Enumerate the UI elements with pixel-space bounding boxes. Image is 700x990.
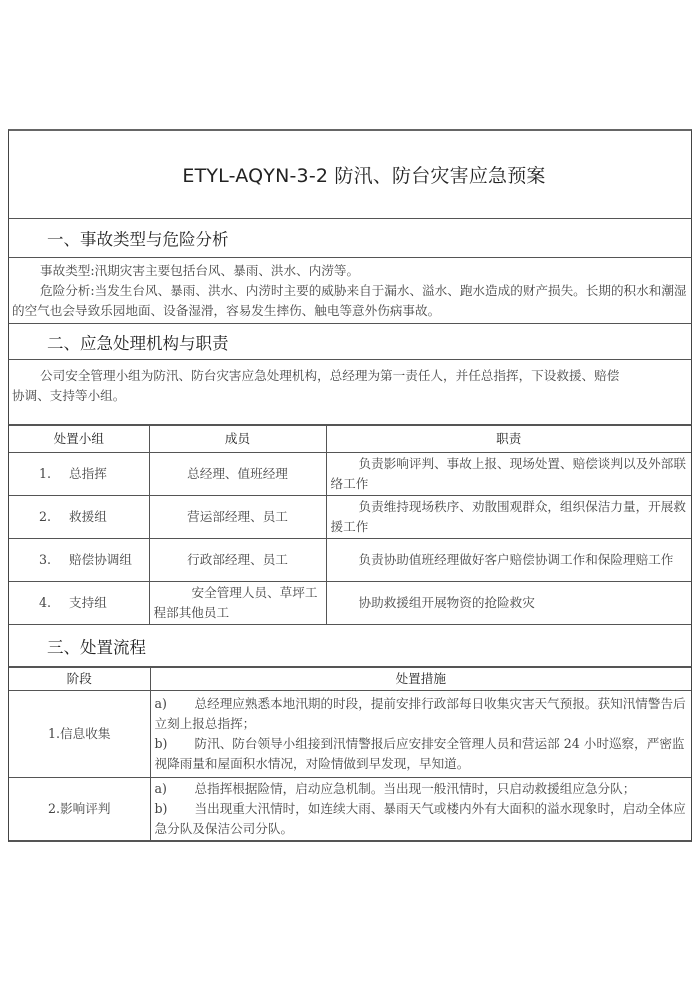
members-cell: 安全管理人员、草坪工程部其他员工: [149, 582, 326, 625]
group-name: 救援组: [69, 509, 107, 524]
measure-text: 当出现重大汛情时，如连续大雨、暴雨天气或楼内外有大面积的溢水现象时，启动全体应急…: [155, 801, 686, 836]
members-cell: 营运部经理、员工: [149, 496, 326, 539]
header-measures: 处置措施: [150, 668, 691, 691]
measure-item: a)总指挥根据险情，启动应急机制。当出现一般汛情时，只启动救援组应急分队；: [155, 779, 688, 799]
table-row: 4.支持组 安全管理人员、草坪工程部其他员工 协助救援组开展物资的抢险救灾: [9, 582, 691, 625]
measure-text: 总经理应熟悉本地汛期的时段，提前安排行政部每日收集灾害天气预报。获知汛情警告后立…: [155, 696, 686, 731]
members-cell: 行政部经理、员工: [149, 539, 326, 582]
section2-heading: 二、应急处理机构与职责: [47, 330, 229, 354]
duty-cell: 负责协助值班经理做好客户赔偿协调工作和保险理赔工作: [326, 539, 691, 582]
group-cell: 2.救援组: [9, 496, 149, 539]
process-table-wrapper: 阶段 处置措施 1.信息收集 a)总经理应熟悉本地汛期的时段，提前安排行政部每日…: [8, 667, 692, 842]
table-row: 1.信息收集 a)总经理应熟悉本地汛期的时段，提前安排行政部每日收集灾害天气预报…: [9, 691, 691, 778]
group-cell: 4.支持组: [9, 582, 149, 625]
group-name: 总指挥: [69, 466, 107, 481]
title-row: ETYL-AQYN-3-2 防汛、防台灾害应急预案: [8, 129, 692, 219]
measure-item: a)总经理应熟悉本地汛期的时段，提前安排行政部每日收集灾害天气预报。获知汛情警告…: [155, 694, 688, 734]
header-members: 成员: [149, 426, 326, 453]
accident-type-paragraph: 事故类型:汛期灾害主要包括台风、暴雨、洪水、内涝等。: [12, 261, 688, 281]
measures-cell: a)总指挥根据险情，启动应急机制。当出现一般汛情时，只启动救援组应急分队； b)…: [150, 778, 691, 841]
header-group: 处置小组: [9, 426, 149, 453]
section2-heading-row: 二、应急处理机构与职责: [8, 324, 692, 360]
table-row: 1.总指挥 总经理、值班经理 负责影响评判、事故上报、现场处置、赔偿谈判以及外部…: [9, 453, 691, 496]
table-row: 2.救援组 营运部经理、员工 负责维持现场秩序、劝散围观群众，组织保洁力量，开展…: [9, 496, 691, 539]
measure-item: b)防汛、防台领导小组接到汛情警报后应安排安全管理人员和营运部 24 小时巡察，…: [155, 734, 688, 774]
measure-marker: a): [155, 694, 195, 714]
row-number: 2.: [13, 507, 69, 527]
table-row: 3.赔偿协调组 行政部经理、员工 负责协助值班经理做好客户赔偿协调工作和保险理赔…: [9, 539, 691, 582]
group-name: 支持组: [69, 595, 107, 610]
measure-marker: b): [155, 734, 195, 754]
measures-cell: a)总经理应熟悉本地汛期的时段，提前安排行政部每日收集灾害天气预报。获知汛情警告…: [150, 691, 691, 778]
section3-heading: 三、处置流程: [47, 634, 146, 658]
row-number: 3.: [13, 550, 69, 570]
risk-analysis-paragraph: 危险分析:当发生台风、暴雨、洪水、内涝时主要的威胁来自于漏水、溢水、跑水造成的财…: [12, 281, 688, 321]
group-cell: 1.总指挥: [9, 453, 149, 496]
process-table: 阶段 处置措施 1.信息收集 a)总经理应熟悉本地汛期的时段，提前安排行政部每日…: [9, 667, 691, 841]
groups-table-header: 处置小组 成员 职责: [9, 426, 691, 453]
groups-table-wrapper: 处置小组 成员 职责 1.总指挥 总经理、值班经理 负责影响评判、事故上报、现场…: [8, 425, 692, 625]
section1-body: 事故类型:汛期灾害主要包括台风、暴雨、洪水、内涝等。 危险分析:当发生台风、暴雨…: [8, 258, 692, 324]
measure-marker: b): [155, 799, 195, 819]
header-duty: 职责: [326, 426, 691, 453]
section1-heading-row: 一、事故类型与危险分析: [8, 219, 692, 258]
table-row: 2.影响评判 a)总指挥根据险情，启动应急机制。当出现一般汛情时，只启动救援组应…: [9, 778, 691, 841]
duty-cell: 负责影响评判、事故上报、现场处置、赔偿谈判以及外部联络工作: [326, 453, 691, 496]
section3-heading-row: 三、处置流程: [8, 625, 692, 667]
members-cell: 总经理、值班经理: [149, 453, 326, 496]
duty-cell: 负责维持现场秩序、劝散围观群众，组织保洁力量，开展救援工作: [326, 496, 691, 539]
document-title: ETYL-AQYN-3-2 防汛、防台灾害应急预案: [154, 161, 545, 188]
header-stage: 阶段: [9, 668, 150, 691]
measure-marker: a): [155, 779, 195, 799]
measure-text: 防汛、防台领导小组接到汛情警报后应安排安全管理人员和营运部 24 小时巡察，严密…: [155, 736, 685, 771]
document-page: ETYL-AQYN-3-2 防汛、防台灾害应急预案 一、事故类型与危险分析 事故…: [8, 129, 692, 842]
stage-cell: 2.影响评判: [9, 778, 150, 841]
measure-item: b)当出现重大汛情时，如连续大雨、暴雨天气或楼内外有大面积的溢水现象时，启动全体…: [155, 799, 688, 839]
measure-text: 总指挥根据险情，启动应急机制。当出现一般汛情时，只启动救援组应急分队；: [195, 781, 636, 796]
section1-heading: 一、事故类型与危险分析: [47, 226, 229, 250]
process-table-header: 阶段 处置措施: [9, 668, 691, 691]
group-name: 赔偿协调组: [69, 552, 132, 567]
row-number: 4.: [13, 593, 69, 613]
row-number: 1.: [13, 464, 69, 484]
duty-cell: 协助救援组开展物资的抢险救灾: [326, 582, 691, 625]
groups-table: 处置小组 成员 职责 1.总指挥 总经理、值班经理 负责影响评判、事故上报、现场…: [9, 425, 691, 625]
organization-paragraph: 公司安全管理小组为防汛、防台灾害应急处理机构，总经理为第一责任人，并任总指挥，下…: [12, 366, 631, 406]
section2-body: 公司安全管理小组为防汛、防台灾害应急处理机构，总经理为第一责任人，并任总指挥，下…: [8, 360, 692, 425]
group-cell: 3.赔偿协调组: [9, 539, 149, 582]
stage-cell: 1.信息收集: [9, 691, 150, 778]
